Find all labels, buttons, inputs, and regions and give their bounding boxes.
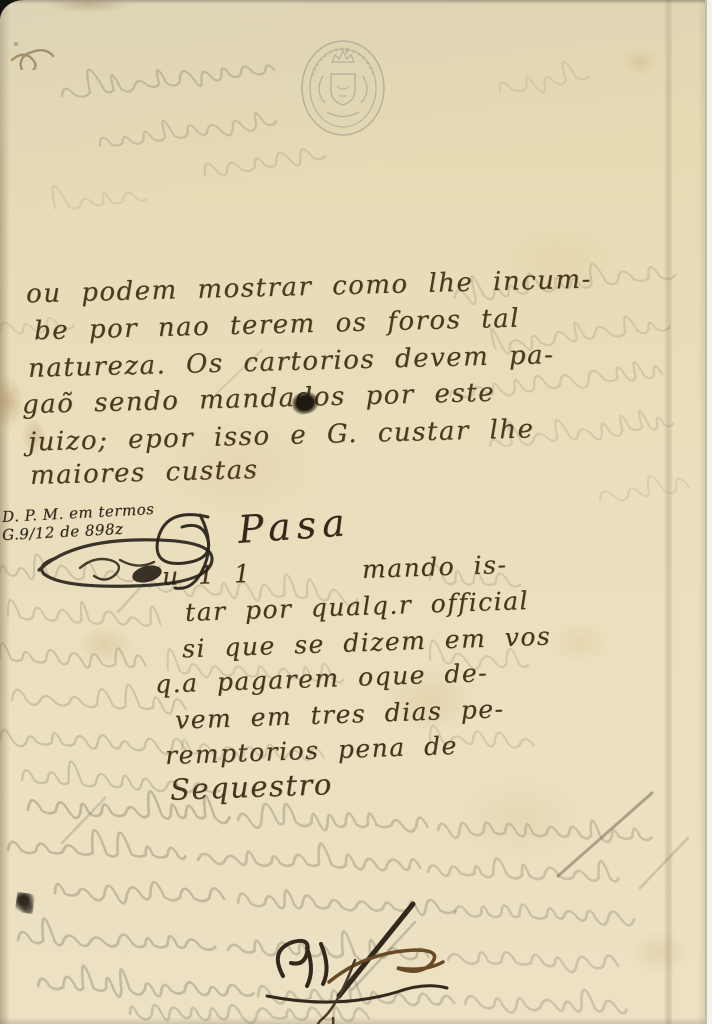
despacho-initial-flourish xyxy=(142,503,254,601)
main-text-line-6: maiores custas xyxy=(30,455,259,491)
signature-rubric xyxy=(255,898,495,1024)
embossed-seal-stamp xyxy=(299,36,387,138)
despacho-line-7: Sequestro xyxy=(169,767,333,807)
ink-stamp-mark xyxy=(15,892,36,914)
corner-ink-mark xyxy=(6,22,60,70)
manuscript-page: ou podem mostrar como lhe incum- be por … xyxy=(0,0,712,1024)
